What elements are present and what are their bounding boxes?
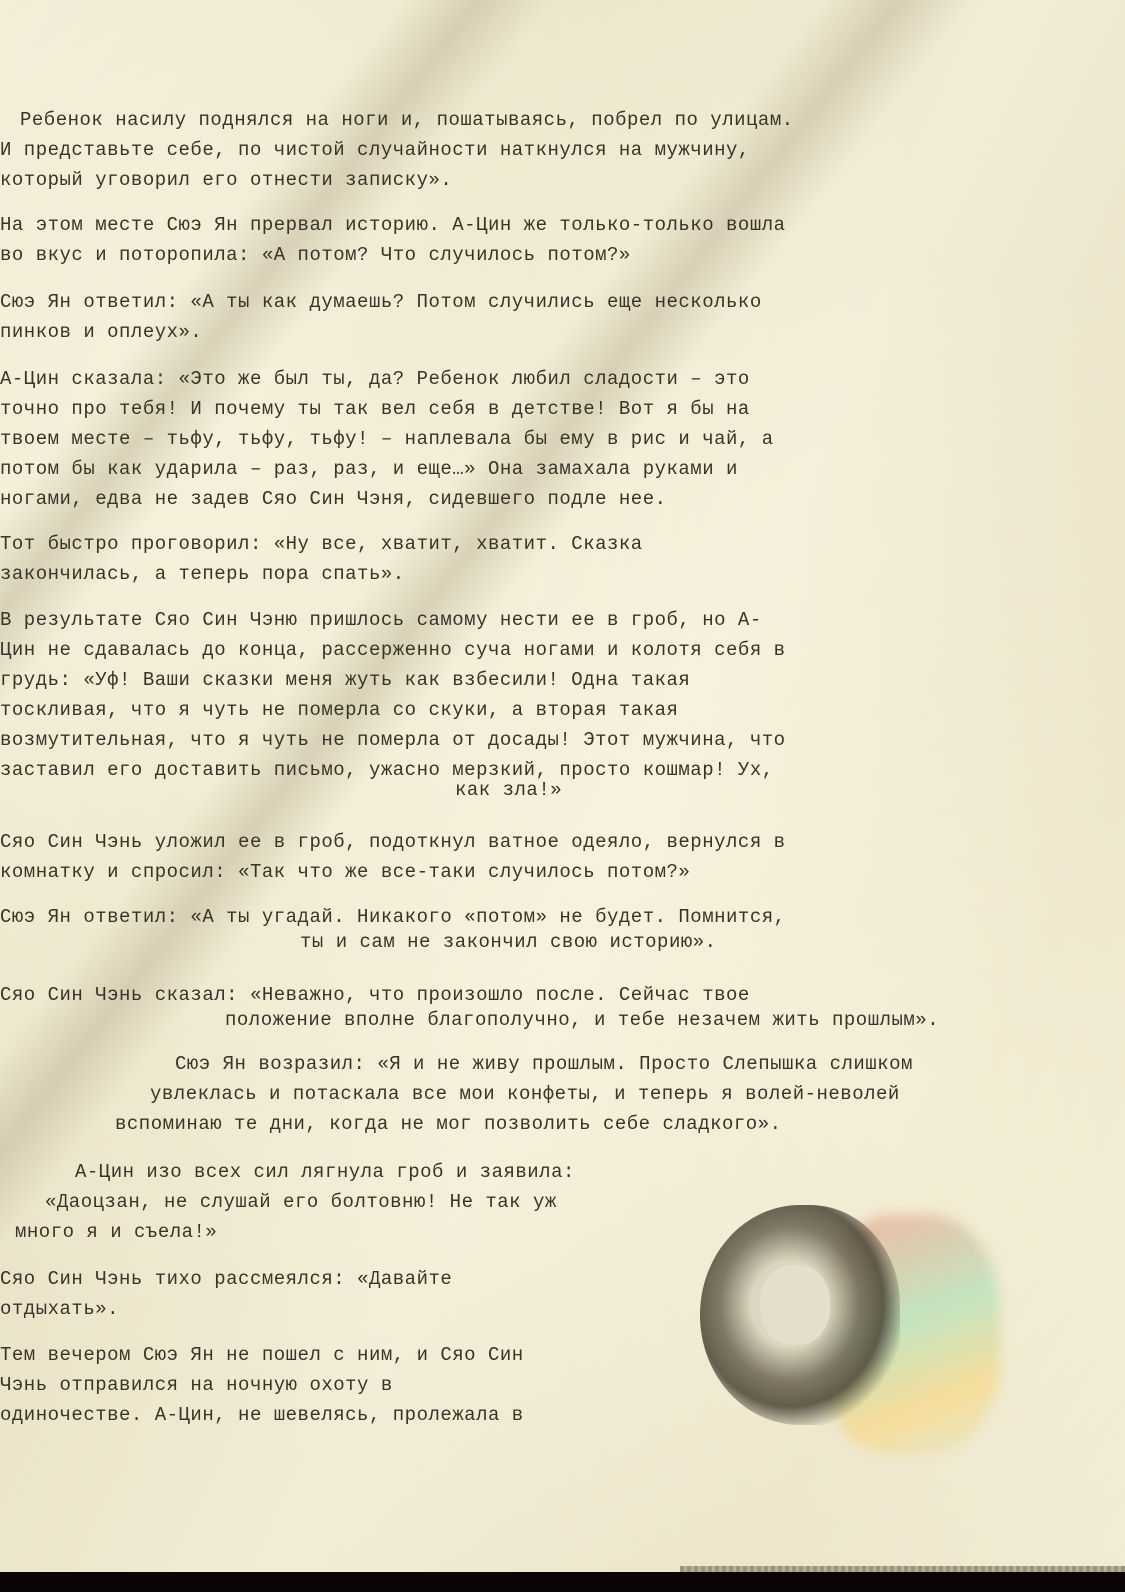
text-line: одиночестве. А-Цин, не шевелясь, пролежа…: [0, 1403, 524, 1427]
text-line: потом бы как ударила – раз, раз, и еще…»…: [0, 457, 738, 481]
text-line: И представьте себе, по чистой случайност…: [0, 138, 750, 162]
text-line: В результате Сяо Син Чэню пришлось самом…: [0, 608, 762, 632]
text-line: Сяо Син Чэнь тихо рассмеялся: «Давайте: [0, 1267, 452, 1291]
text-line: увлеклась и потаскала все мои конфеты, и…: [150, 1082, 900, 1106]
text-line: положение вполне благополучно, и тебе не…: [225, 1008, 939, 1032]
text-line: ногами, едва не задев Сяо Син Чэня, сиде…: [0, 487, 667, 511]
text-line: как зла!»: [455, 778, 562, 802]
text-line: Тот быстро проговорил: «Ну все, хватит, …: [0, 532, 643, 556]
text-line: грудь: «Уф! Ваши сказки меня жуть как вз…: [0, 668, 690, 692]
text-line: Чэнь отправился на ночную охоту в: [0, 1373, 393, 1397]
text-line: который уговорил его отнести записку».: [0, 168, 452, 192]
text-line: Цин не сдавалась до конца, рассерженно с…: [0, 638, 786, 662]
text-line: тоскливая, что я чуть не померла со скук…: [0, 698, 678, 722]
text-line: Сяо Син Чэнь уложил ее в гроб, подоткнул…: [0, 830, 786, 854]
text-line: Сюэ Ян ответил: «А ты угадай. Никакого «…: [0, 905, 786, 929]
text-line: точно про тебя! И почему ты так вел себя…: [0, 397, 750, 421]
text-line: заставил его доставить письмо, ужасно ме…: [0, 758, 774, 782]
text-line: Сяо Син Чэнь сказал: «Неважно, что произ…: [0, 983, 750, 1007]
text-line: закончилась, а теперь пора спать».: [0, 562, 405, 586]
illustration-face: [760, 1265, 830, 1345]
text-line: ты и сам не закончил свою историю».: [300, 930, 717, 954]
text-line: пинков и оплеух».: [0, 320, 202, 344]
text-line: Тем вечером Сюэ Ян не пошел с ним, и Сяо…: [0, 1343, 524, 1367]
text-line: Сюэ Ян ответил: «А ты как думаешь? Потом…: [0, 290, 762, 314]
text-line: возмутительная, что я чуть не померла от…: [0, 728, 786, 752]
text-line: комнатку и спросил: «Так что же все-таки…: [0, 860, 690, 884]
text-line: А-Цин изо всех сил лягнула гроб и заявил…: [75, 1160, 575, 1184]
text-line: Ребенок насилу поднялся на ноги и, пошат…: [20, 108, 794, 132]
text-line: «Даоцзан, не слушай его болтовню! Не так…: [45, 1190, 557, 1214]
text-line: твоем месте – тьфу, тьфу, тьфу! – наплев…: [0, 427, 774, 451]
character-portrait-illustration: [700, 1185, 1030, 1465]
text-line: На этом месте Сюэ Ян прервал историю. А-…: [0, 213, 786, 237]
text-line: во вкус и поторопила: «А потом? Что случ…: [0, 243, 631, 267]
text-line: Сюэ Ян возразил: «Я и не живу прошлым. П…: [175, 1052, 913, 1076]
text-line: вспоминаю те дни, когда не мог позволить…: [115, 1112, 782, 1136]
text-line: А-Цин сказала: «Это же был ты, да? Ребен…: [0, 367, 750, 391]
text-line: много я и съела!»: [15, 1220, 217, 1244]
text-line: отдыхать».: [0, 1297, 119, 1321]
bottom-border: [0, 1572, 1125, 1592]
